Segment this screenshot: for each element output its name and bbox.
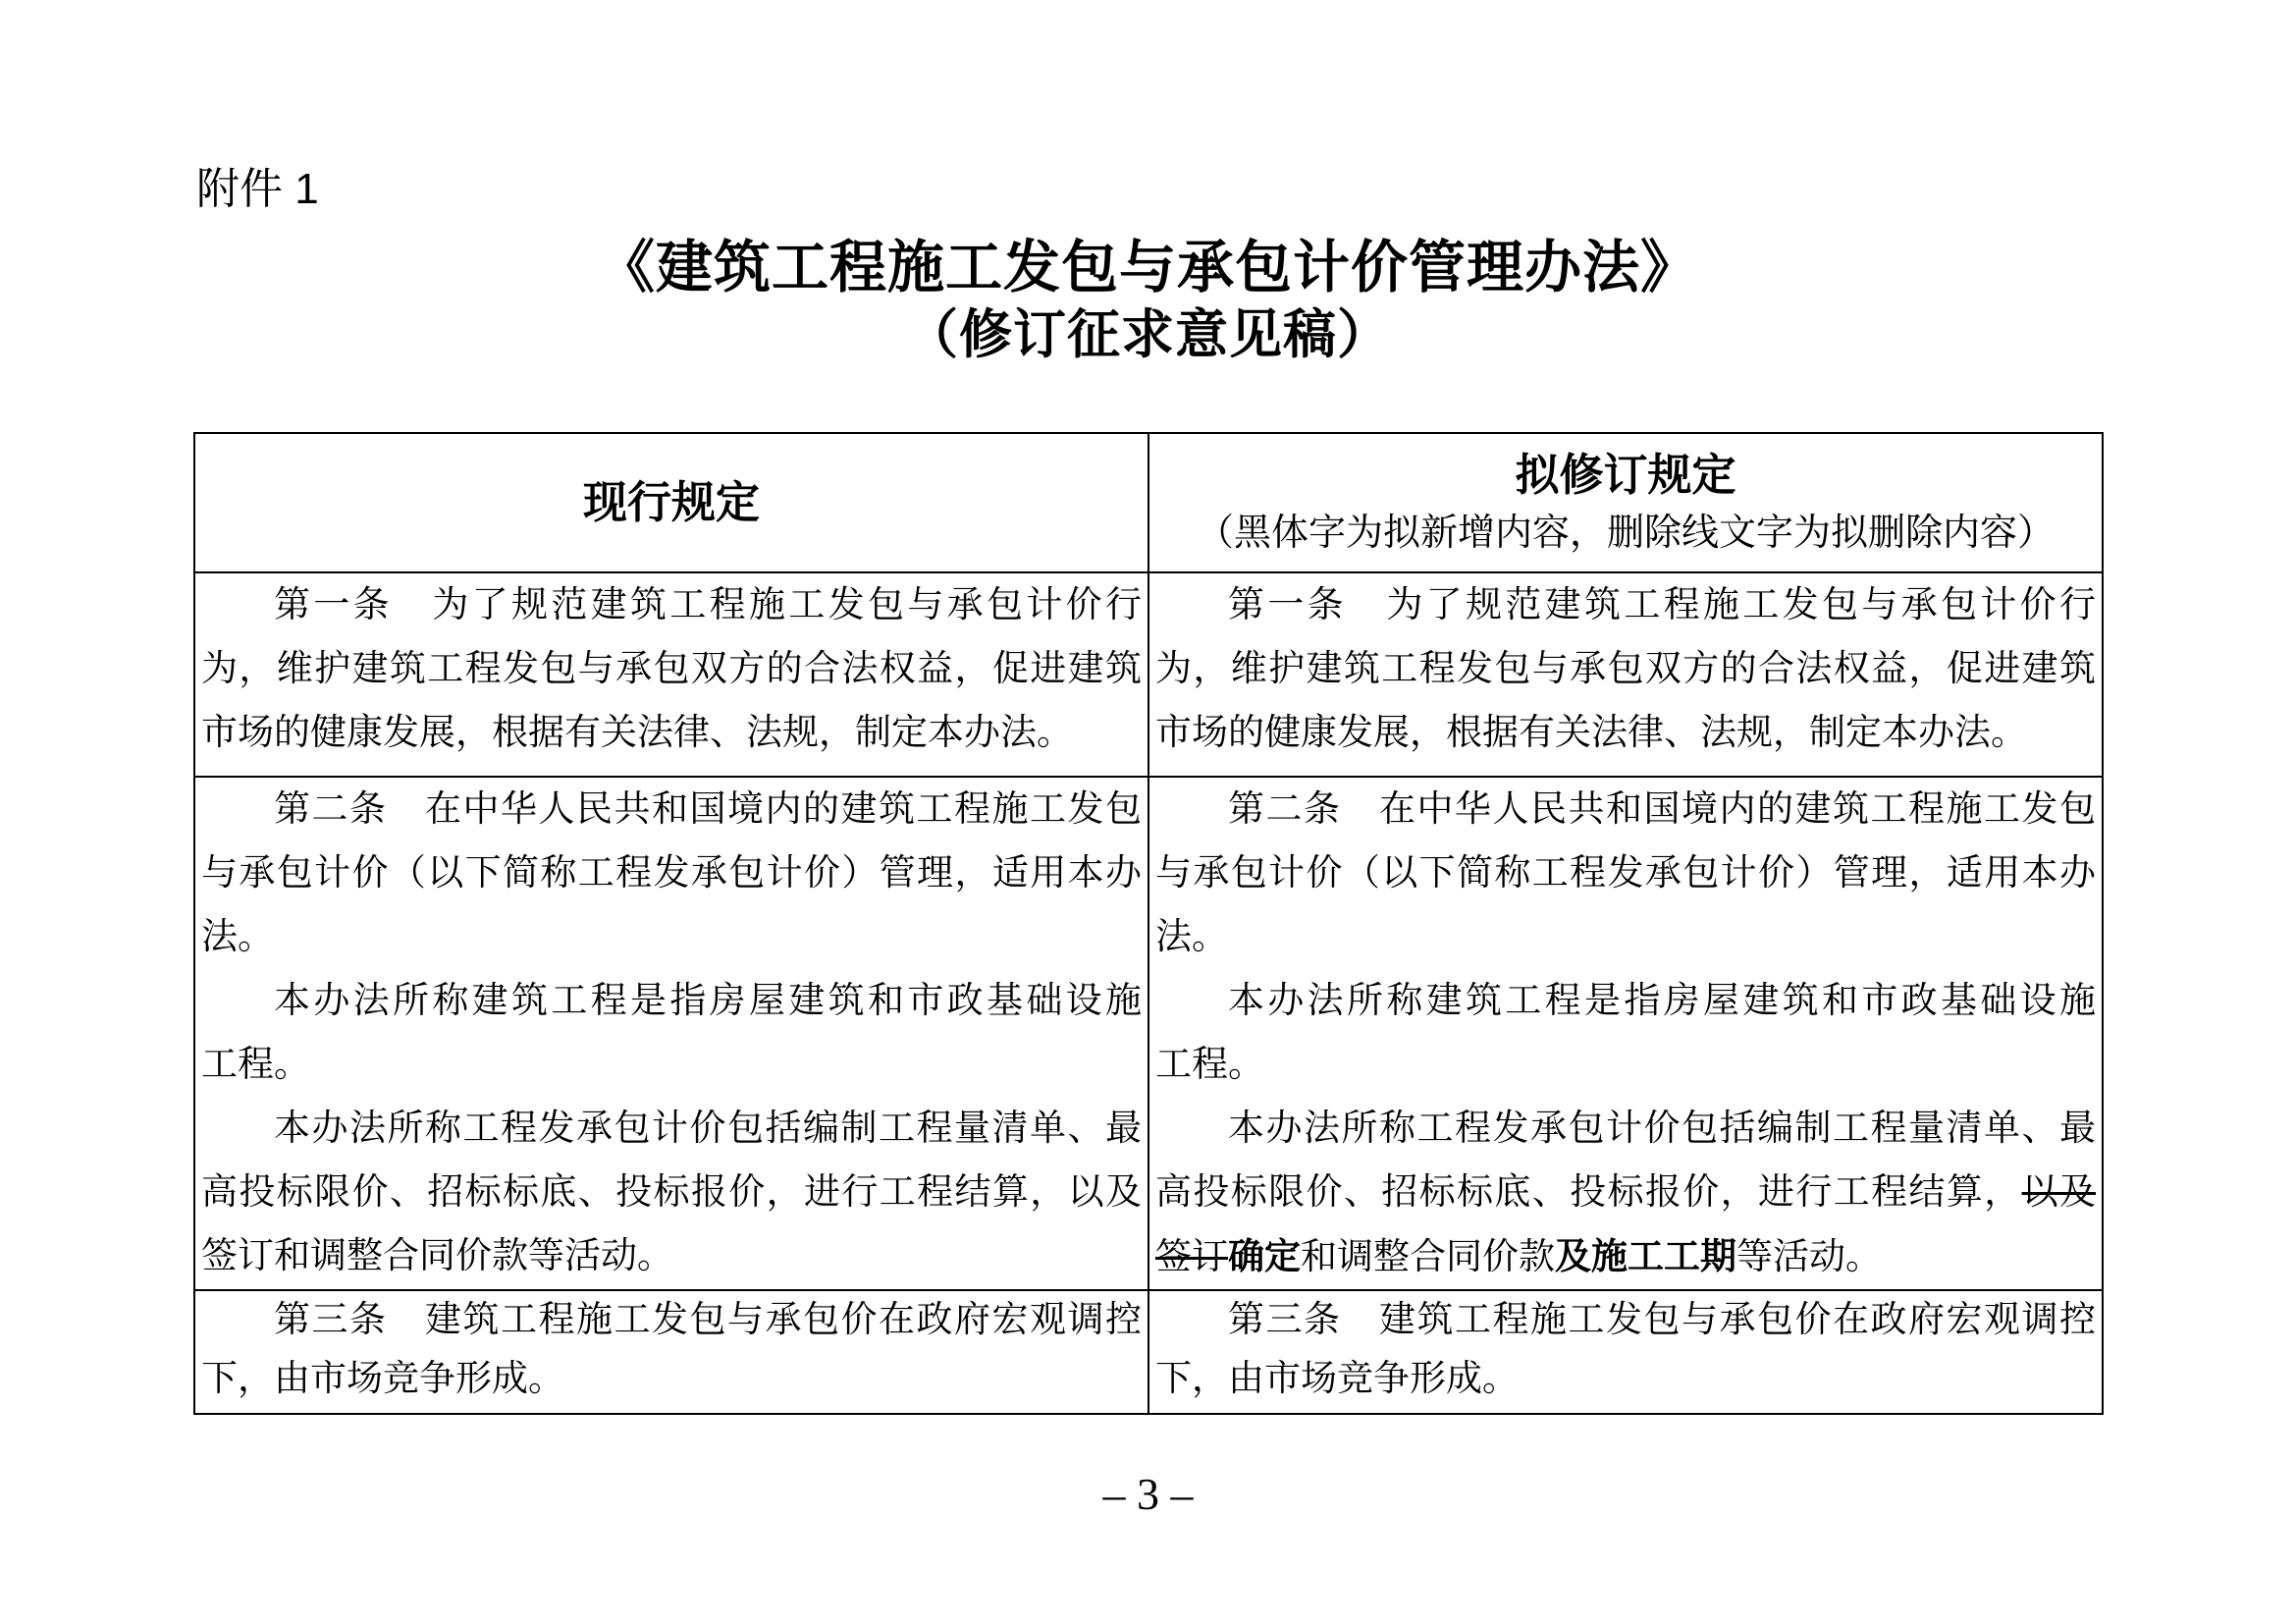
text-line: 为，维护建筑工程发包与承包双方的合法权益，促进建筑 xyxy=(201,637,1142,701)
added-text: 及施工工期 xyxy=(1555,1236,1736,1276)
text-segment: 与承包计价（以下简称工程发承包计价）管理，适用本办 xyxy=(1155,853,2096,893)
text-segment: 下，由市场竞争形成。 xyxy=(201,1359,564,1399)
deleted-text: 签订 xyxy=(1155,1237,1228,1277)
text-segment: 下，由市场竞争形成。 xyxy=(1155,1359,1519,1399)
text-line: 为，维护建筑工程发包与承包双方的合法权益，促进建筑 xyxy=(1155,637,2096,701)
cell-revised-regulation: 第三条 建筑工程施工发包与承包价在政府宏观调控下，由市场竞争形成。 xyxy=(1148,1290,2103,1414)
text-segment: 为，维护建筑工程发包与承包双方的合法权益，促进建筑 xyxy=(201,649,1142,689)
paragraph: 第一条 为了规范建筑工程施工发包与承包计价行为，维护建筑工程发包与承包双方的合法… xyxy=(1155,573,2096,765)
table-row: 第二条 在中华人民共和国境内的建筑工程施工发包与承包计价（以下简称工程发承包计价… xyxy=(194,777,2103,1290)
cell-current-regulation: 第三条 建筑工程施工发包与承包价在政府宏观调控下，由市场竞争形成。 xyxy=(194,1290,1148,1414)
text-line: 市场的健康发展，根据有关法律、法规，制定本办法。 xyxy=(201,701,1142,765)
text-segment: 本办法所称工程发承包计价包括编制工程量清单、最 xyxy=(274,1109,1142,1149)
cell-current-regulation: 第一条 为了规范建筑工程施工发包与承包计价行为，维护建筑工程发包与承包双方的合法… xyxy=(194,572,1148,777)
table-header-row: 现行规定 拟修订规定 （黑体字为拟新增内容，删除线文字为拟删除内容） xyxy=(194,433,2103,572)
cell-revised-regulation: 第一条 为了规范建筑工程施工发包与承包计价行为，维护建筑工程发包与承包双方的合法… xyxy=(1148,572,2103,777)
text-line: 签订确定和调整合同价款及施工工期等活动。 xyxy=(1155,1224,2096,1289)
text-line: 本办法所称建筑工程是指房屋建筑和市政基础设施 xyxy=(201,969,1142,1033)
text-line: 与承包计价（以下简称工程发承包计价）管理，适用本办 xyxy=(1155,841,2096,905)
header-revised-note: （黑体字为拟新增内容，删除线文字为拟删除内容） xyxy=(1149,508,2102,559)
text-segment: 第一条 为了规范建筑工程施工发包与承包计价行 xyxy=(274,585,1142,625)
paragraph: 第二条 在中华人民共和国境内的建筑工程施工发包与承包计价（以下简称工程发承包计价… xyxy=(201,778,1142,969)
text-line: 法。 xyxy=(201,905,1142,969)
cell-revised-regulation: 第二条 在中华人民共和国境内的建筑工程施工发包与承包计价（以下简称工程发承包计价… xyxy=(1148,777,2103,1290)
text-segment: 高投标限价、招标标底、投标报价，进行工程结算，以及 xyxy=(201,1172,1142,1213)
text-line: 第二条 在中华人民共和国境内的建筑工程施工发包 xyxy=(1155,778,2096,841)
text-segment: 高投标限价、招标标底、投标报价，进行工程结算， xyxy=(1155,1172,2022,1213)
text-segment: 为，维护建筑工程发包与承包双方的合法权益，促进建筑 xyxy=(1155,649,2096,689)
text-line: 本办法所称工程发承包计价包括编制工程量清单、最 xyxy=(201,1097,1142,1161)
text-line: 本办法所称工程发承包计价包括编制工程量清单、最 xyxy=(1155,1097,2096,1161)
text-segment: 工程。 xyxy=(201,1045,310,1085)
text-segment: 签订和调整合同价款等活动。 xyxy=(201,1236,673,1276)
text-line: 工程。 xyxy=(1155,1033,2096,1097)
text-segment: 工程。 xyxy=(1155,1045,1264,1085)
header-current-title: 现行规定 xyxy=(195,474,1148,531)
text-line: 工程。 xyxy=(201,1033,1142,1097)
text-line: 市场的健康发展，根据有关法律、法规，制定本办法。 xyxy=(1155,701,2096,765)
text-line: 第三条 建筑工程施工发包与承包价在政府宏观调控 xyxy=(1155,1291,2096,1350)
text-segment: 本办法所称工程发承包计价包括编制工程量清单、最 xyxy=(1228,1109,2096,1149)
paragraph: 第三条 建筑工程施工发包与承包价在政府宏观调控下，由市场竞争形成。 xyxy=(201,1291,1142,1409)
added-text: 确定 xyxy=(1228,1236,1301,1276)
text-line: 签订和调整合同价款等活动。 xyxy=(201,1224,1142,1288)
text-segment: 与承包计价（以下简称工程发承包计价）管理，适用本办 xyxy=(201,853,1142,893)
text-line: 法。 xyxy=(1155,905,2096,969)
document-subtitle: （修订征求意见稿） xyxy=(0,302,2296,367)
document-title: 《建筑工程施工发包与承包计价管理办法》 xyxy=(0,234,2296,302)
paragraph: 第一条 为了规范建筑工程施工发包与承包计价行为，维护建筑工程发包与承包双方的合法… xyxy=(201,573,1142,765)
text-segment: 第一条 为了规范建筑工程施工发包与承包计价行 xyxy=(1228,585,2096,625)
paragraph: 本办法所称建筑工程是指房屋建筑和市政基础设施工程。 xyxy=(1155,969,2096,1097)
text-line: 第一条 为了规范建筑工程施工发包与承包计价行 xyxy=(201,573,1142,637)
text-segment: 和调整合同价款 xyxy=(1301,1237,1555,1277)
text-segment: 本办法所称建筑工程是指房屋建筑和市政基础设施 xyxy=(1228,981,2096,1021)
header-revised-regulation: 拟修订规定 （黑体字为拟新增内容，删除线文字为拟删除内容） xyxy=(1148,433,2103,572)
text-line: 本办法所称建筑工程是指房屋建筑和市政基础设施 xyxy=(1155,969,2096,1033)
text-line: 高投标限价、招标标底、投标报价，进行工程结算，以及 xyxy=(201,1161,1142,1224)
table-row: 第一条 为了规范建筑工程施工发包与承包计价行为，维护建筑工程发包与承包双方的合法… xyxy=(194,572,2103,777)
header-revised-title: 拟修订规定 xyxy=(1149,447,2102,504)
text-segment: 本办法所称建筑工程是指房屋建筑和市政基础设施 xyxy=(274,981,1142,1021)
text-line: 下，由市场竞争形成。 xyxy=(201,1350,1142,1409)
text-segment: 第三条 建筑工程施工发包与承包价在政府宏观调控 xyxy=(274,1300,1142,1340)
paragraph: 本办法所称工程发承包计价包括编制工程量清单、最高投标限价、招标标底、投标报价，进… xyxy=(1155,1097,2096,1289)
text-line: 与承包计价（以下简称工程发承包计价）管理，适用本办 xyxy=(201,841,1142,905)
paragraph: 本办法所称建筑工程是指房屋建筑和市政基础设施工程。 xyxy=(201,969,1142,1097)
deleted-text: 以及 xyxy=(2022,1172,2096,1213)
text-segment: 第三条 建筑工程施工发包与承包价在政府宏观调控 xyxy=(1228,1300,2096,1340)
header-current-regulation: 现行规定 xyxy=(194,433,1148,572)
text-line: 第三条 建筑工程施工发包与承包价在政府宏观调控 xyxy=(201,1291,1142,1350)
cell-current-regulation: 第二条 在中华人民共和国境内的建筑工程施工发包与承包计价（以下简称工程发承包计价… xyxy=(194,777,1148,1290)
text-segment: 第二条 在中华人民共和国境内的建筑工程施工发包 xyxy=(1228,789,2096,830)
text-segment: 第二条 在中华人民共和国境内的建筑工程施工发包 xyxy=(274,789,1142,830)
text-line: 下，由市场竞争形成。 xyxy=(1155,1350,2096,1409)
table-body: 第一条 为了规范建筑工程施工发包与承包计价行为，维护建筑工程发包与承包双方的合法… xyxy=(194,572,2103,1414)
paragraph: 第三条 建筑工程施工发包与承包价在政府宏观调控下，由市场竞争形成。 xyxy=(1155,1291,2096,1409)
text-line: 第一条 为了规范建筑工程施工发包与承包计价行 xyxy=(1155,573,2096,637)
table-row: 第三条 建筑工程施工发包与承包价在政府宏观调控下，由市场竞争形成。第三条 建筑工… xyxy=(194,1290,2103,1414)
attachment-label: 附件 1 xyxy=(196,163,319,216)
paragraph: 第二条 在中华人民共和国境内的建筑工程施工发包与承包计价（以下简称工程发承包计价… xyxy=(1155,778,2096,969)
document-page: { "page": { "attachment_label": "附件 1", … xyxy=(0,0,2296,1624)
text-line: 第二条 在中华人民共和国境内的建筑工程施工发包 xyxy=(201,778,1142,841)
comparison-table: 现行规定 拟修订规定 （黑体字为拟新增内容，删除线文字为拟删除内容） 第一条 为… xyxy=(193,432,2104,1415)
text-segment: 市场的健康发展，根据有关法律、法规，制定本办法。 xyxy=(201,713,1073,753)
text-segment: 等活动。 xyxy=(1736,1237,1882,1277)
text-segment: 法。 xyxy=(201,917,274,957)
text-line: 高投标限价、招标标底、投标报价，进行工程结算，以及 xyxy=(1155,1161,2096,1224)
paragraph: 本办法所称工程发承包计价包括编制工程量清单、最高投标限价、招标标底、投标报价，进… xyxy=(201,1097,1142,1288)
page-number: – 3 – xyxy=(0,1469,2296,1520)
text-segment: 法。 xyxy=(1155,917,1228,957)
text-segment: 市场的健康发展，根据有关法律、法规，制定本办法。 xyxy=(1155,713,2027,753)
